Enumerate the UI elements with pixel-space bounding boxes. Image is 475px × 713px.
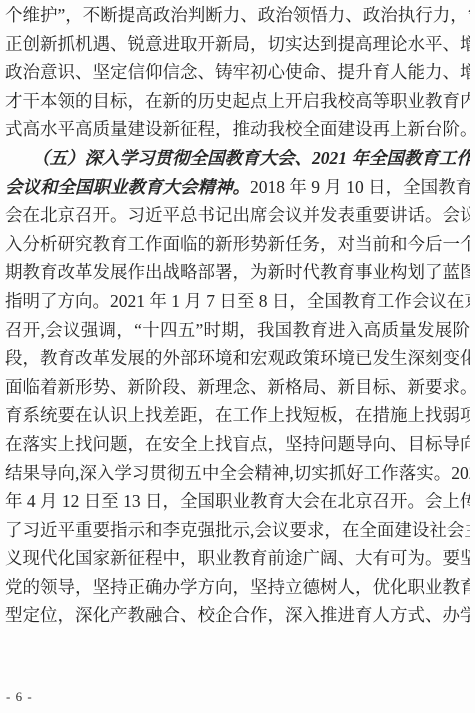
body-text: 了习近平重要指示和李克强批示,会议要求，在全面建设社会主: [5, 520, 470, 540]
text-line: 年 4 月 12 日至 13 日，全国职业教育大会在北京召开。会上传达: [5, 487, 470, 516]
body-text: 正创新抓机遇、锐意进取开新局，切实达到提高理论水平、增强: [5, 34, 470, 54]
section-heading-text: 会议和全国职业教育大会精神。: [5, 177, 250, 197]
text-line: 式高水平高质量建设新征程，推动我校全面建设再上新台阶。: [5, 115, 470, 144]
body-text: 政治意识、坚定信仰信念、铸牢初心使命、提升育人能力、增长: [5, 62, 470, 82]
body-text: 才干本领的目标，在新的历史起点上开启我校高等职业教育内涵: [5, 91, 470, 111]
body-text: 2018 年 9 月 10 日，全国教育大: [250, 177, 470, 197]
body-text: 期教育改革发展作出战略部署，为新时代教育事业构划了蓝图、: [5, 262, 470, 282]
text-line: 政治意识、坚定信仰信念、铸牢初心使命、提升育人能力、增长: [5, 58, 470, 87]
text-line: 会议和全国职业教育大会精神。2018 年 9 月 10 日，全国教育大: [5, 173, 470, 202]
text-line: 育系统要在认识上找差距，在工作上找短板，在措施上找弱项，: [5, 401, 470, 430]
text-line: 面临着新形势、新阶段、新理念、新格局、新目标、新要求。教: [5, 373, 470, 402]
text-line: 才干本领的目标，在新的历史起点上开启我校高等职业教育内涵: [5, 87, 470, 116]
body-text: 型定位，深化产教融合、校企合作，深入推进育人方式、办学模: [5, 605, 470, 625]
page-number: - 6 -: [6, 689, 33, 705]
text-line: 指明了方向。2021 年 1 月 7 日至 8 日，全国教育工作会议在京: [5, 287, 470, 316]
text-line: 义现代化国家新征程中，职业教育前途广阔、大有可为。要坚持: [5, 544, 470, 573]
body-text: 式高水平高质量建设新征程，推动我校全面建设再上新台阶。: [5, 119, 470, 139]
body-text: 段，教育改革发展的外部环境和宏观政策环境已发生深刻变化，: [5, 348, 470, 368]
text-line: 党的领导，坚持正确办学方向，坚持立德树人，优化职业教育类: [5, 573, 470, 602]
body-text: 面临着新形势、新阶段、新理念、新格局、新目标、新要求。教: [5, 377, 470, 397]
text-line: 型定位，深化产教融合、校企合作，深入推进育人方式、办学模: [5, 601, 470, 630]
body-text: 入分析研究教育工作面临的新形势新任务，对当前和今后一个时: [5, 234, 470, 254]
body-text: 在落实上找问题，在安全上找盲点，坚持问题导向、目标导向、: [5, 434, 470, 454]
body-text: 年 4 月 12 日至 13 日，全国职业教育大会在北京召开。会上传达: [5, 491, 470, 511]
text-line: 结果导向,深入学习贯彻五中全会精神,切实抓好工作落实。2021: [5, 459, 470, 488]
body-text: 会在北京召开。习近平总书记出席会议并发表重要讲话。会议深: [5, 205, 470, 225]
body-text: 育系统要在认识上找差距，在工作上找短板，在措施上找弱项，: [5, 405, 470, 425]
text-line: 了习近平重要指示和李克强批示,会议要求，在全面建设社会主: [5, 516, 470, 545]
text-line: 期教育改革发展作出战略部署，为新时代教育事业构划了蓝图、: [5, 258, 470, 287]
text-line: 段，教育改革发展的外部环境和宏观政策环境已发生深刻变化，: [5, 344, 470, 373]
text-line: 在落实上找问题，在安全上找盲点，坚持问题导向、目标导向、: [5, 430, 470, 459]
body-text: 召开,会议强调，“十四五”时期，我国教育进入高质量发展阶: [5, 320, 470, 340]
section-heading-text: （五）深入学习贯彻全国教育大会、2021 年全国教育工作: [32, 148, 470, 168]
body-text: 指明了方向。2021 年 1 月 7 日至 8 日，全国教育工作会议在京: [5, 291, 470, 311]
document-page: 个维护”，不断提高政治判断力、政治领悟力、政治执行力，守正创新抓机遇、锐意进取开…: [0, 0, 475, 713]
text-line: 正创新抓机遇、锐意进取开新局，切实达到提高理论水平、增强: [5, 30, 470, 59]
body-text: 结果导向,深入学习贯彻五中全会精神,切实抓好工作落实。2021: [5, 463, 470, 483]
text-line: 召开,会议强调，“十四五”时期，我国教育进入高质量发展阶: [5, 316, 470, 345]
body-text: 义现代化国家新征程中，职业教育前途广阔、大有可为。要坚持: [5, 548, 470, 568]
text-line: （五）深入学习贯彻全国教育大会、2021 年全国教育工作: [5, 144, 470, 173]
document-text: 个维护”，不断提高政治判断力、政治领悟力、政治执行力，守正创新抓机遇、锐意进取开…: [5, 1, 470, 630]
text-line: 个维护”，不断提高政治判断力、政治领悟力、政治执行力，守: [5, 1, 470, 30]
body-text: 个维护”，不断提高政治判断力、政治领悟力、政治执行力，守: [5, 5, 470, 25]
body-text: 党的领导，坚持正确办学方向，坚持立德树人，优化职业教育类: [5, 577, 470, 597]
text-line: 入分析研究教育工作面临的新形势新任务，对当前和今后一个时: [5, 230, 470, 259]
text-line: 会在北京召开。习近平总书记出席会议并发表重要讲话。会议深: [5, 201, 470, 230]
